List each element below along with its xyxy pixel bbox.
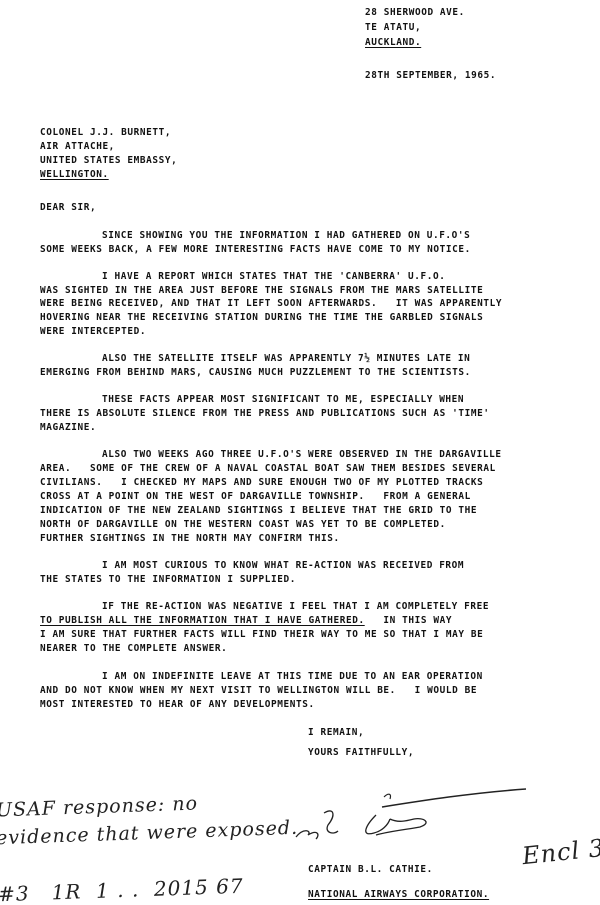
closing-line: I remain, (308, 726, 364, 739)
paragraph-line: Also the Satellite itself was apparently… (102, 352, 470, 365)
sender-address-line: 28 Sherwood Ave. (365, 6, 465, 19)
recipient-line: Colonel J.J. Burnett, (40, 126, 171, 139)
handwritten-note-line: evidence that were exposed. (0, 817, 298, 850)
paragraph-line: were intercepted. (40, 325, 146, 338)
paragraph-line: Since showing you the information I had … (102, 229, 470, 242)
paragraph-line: These facts appear most significant to m… (102, 393, 464, 406)
sender-address-line: Auckland. (365, 36, 421, 49)
paragraph-line: were being received, and that it left so… (40, 297, 502, 310)
paragraph-line-tail: In this way (365, 615, 452, 626)
paragraph-line: Further sightings in the north may confi… (40, 532, 340, 545)
paragraph-line: the States to the information I supplied… (40, 573, 296, 586)
recipient-line: Air Attache, (40, 140, 115, 153)
paragraph-line: I am on indefinite leave at this time du… (102, 670, 483, 683)
paragraph-line: and do not know when my next visit to We… (40, 684, 477, 697)
letter-date: 28th September, 1965. (365, 69, 496, 82)
paragraph-line: I have a report which states that the 'C… (102, 270, 445, 283)
recipient-line: Wellington. (40, 168, 109, 181)
salutation: Dear Sir, (40, 201, 96, 214)
sender-address-line: Te Atatu, (365, 21, 421, 34)
signer-name: Captain B.L. Cathie. (308, 863, 433, 876)
paragraph-line: I am sure that further facts will find t… (40, 628, 483, 641)
paragraph-line: I am most curious to know what re-action… (102, 559, 464, 572)
paragraph-line: civilians. I checked my maps and sure en… (40, 476, 483, 489)
paragraph-line: Magazine. (40, 421, 96, 434)
paragraph-line: north of Dargaville on the western coast… (40, 518, 446, 531)
paragraph-line: Also two weeks ago three U.F.O'S were ob… (102, 448, 502, 461)
paragraph-line: cross at a point on the west of Dargavil… (40, 490, 471, 503)
paragraph-line: nearer to the complete answer. (40, 642, 227, 655)
paragraph-line: some weeks back, a few more interesting … (40, 243, 471, 256)
handwritten-note-line: USAF response: no (0, 792, 198, 821)
paragraph-line: area. Some of the crew of a naval coasta… (40, 462, 496, 475)
underlined-phrase: to publish all the information that I ha… (40, 615, 365, 626)
recipient-line: United States Embassy, (40, 154, 177, 167)
signature (290, 785, 530, 855)
handwritten-reference: #3 1R 1 . . 2015 67 (0, 874, 244, 905)
paragraph-line: indication of the New Zealand sightings … (40, 504, 477, 517)
signer-organization: National Airways Corporation. (308, 888, 489, 901)
paragraph-line: most interested to hear of any developme… (40, 698, 315, 711)
paragraph-line: was sighted in the area just before the … (40, 284, 483, 297)
paragraph-line: If the re-action was negative I feel tha… (102, 600, 489, 613)
closing-line: Yours faithfully, (308, 746, 414, 759)
paragraph-line: there is absolute silence from the Press… (40, 407, 490, 420)
enclosure-marking: Encl 3 (521, 834, 600, 871)
paragraph-line: emerging from behind Mars, causing much … (40, 366, 471, 379)
paragraph-line: to publish all the information that I ha… (40, 614, 452, 627)
letter-page: 28 Sherwood Ave. Te Atatu, Auckland. 28t… (0, 0, 600, 905)
paragraph-line: hovering near the receiving station duri… (40, 311, 483, 324)
